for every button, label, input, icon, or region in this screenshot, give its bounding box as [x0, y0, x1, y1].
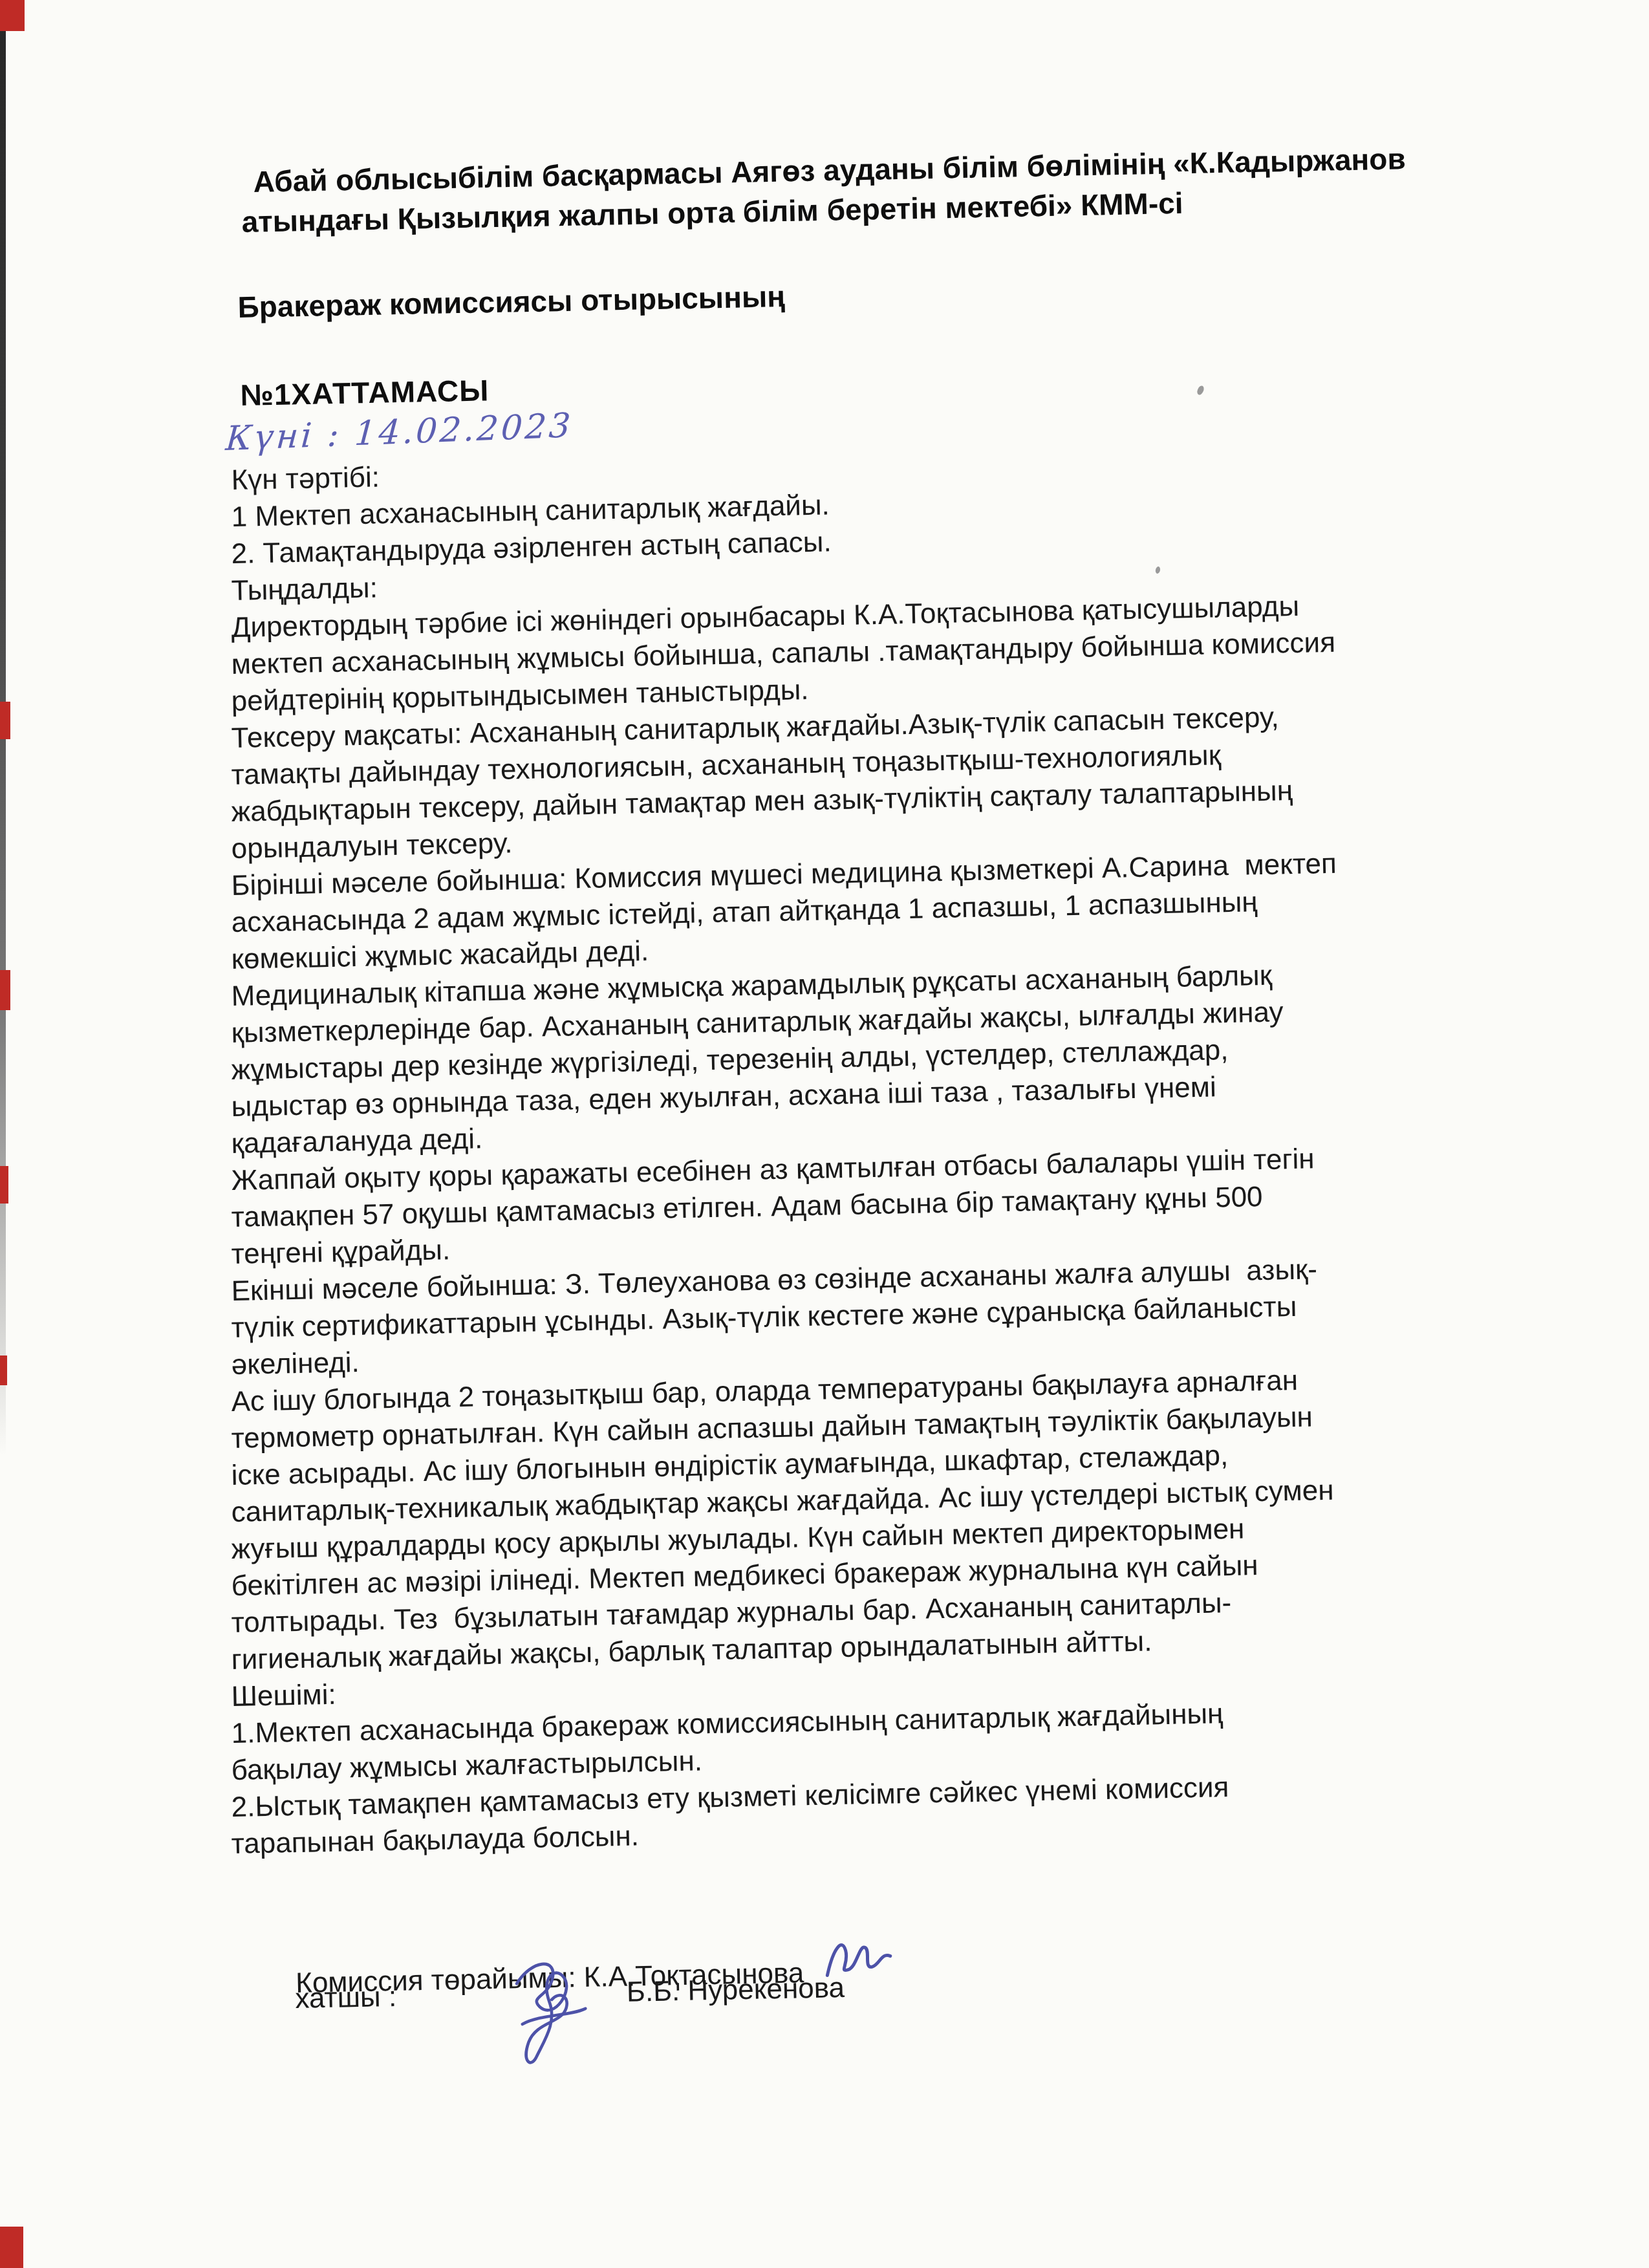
signature-block: Комиссия төрайымы: К.А.Тоқтасынова хатшы… — [232, 1908, 1525, 1982]
scanned-protocol-page: Абай облысыбілім басқармасы Аягөз ауданы… — [0, 0, 1649, 2268]
scan-red-artifact — [0, 0, 25, 31]
document-content: Абай облысыбілім басқармасы Аягөз ауданы… — [232, 162, 1525, 1982]
scan-red-artifact — [0, 1355, 7, 1385]
scan-red-artifact — [0, 970, 10, 1010]
secretary-signature-ink — [499, 1950, 612, 2072]
secretary-label: хатшы : — [295, 1981, 396, 2014]
scan-red-artifact — [0, 1166, 8, 1204]
secretary-name: Б.Б. Нурекенова — [627, 1972, 845, 2008]
document-subtitle: Бракераж комиссиясы отырысының — [237, 261, 1525, 327]
scan-red-artifact — [0, 2227, 23, 2268]
protocol-body: Күн тәртібі: 1 Мектеп асханасының санита… — [232, 462, 1525, 1863]
scan-red-artifact — [0, 702, 10, 739]
